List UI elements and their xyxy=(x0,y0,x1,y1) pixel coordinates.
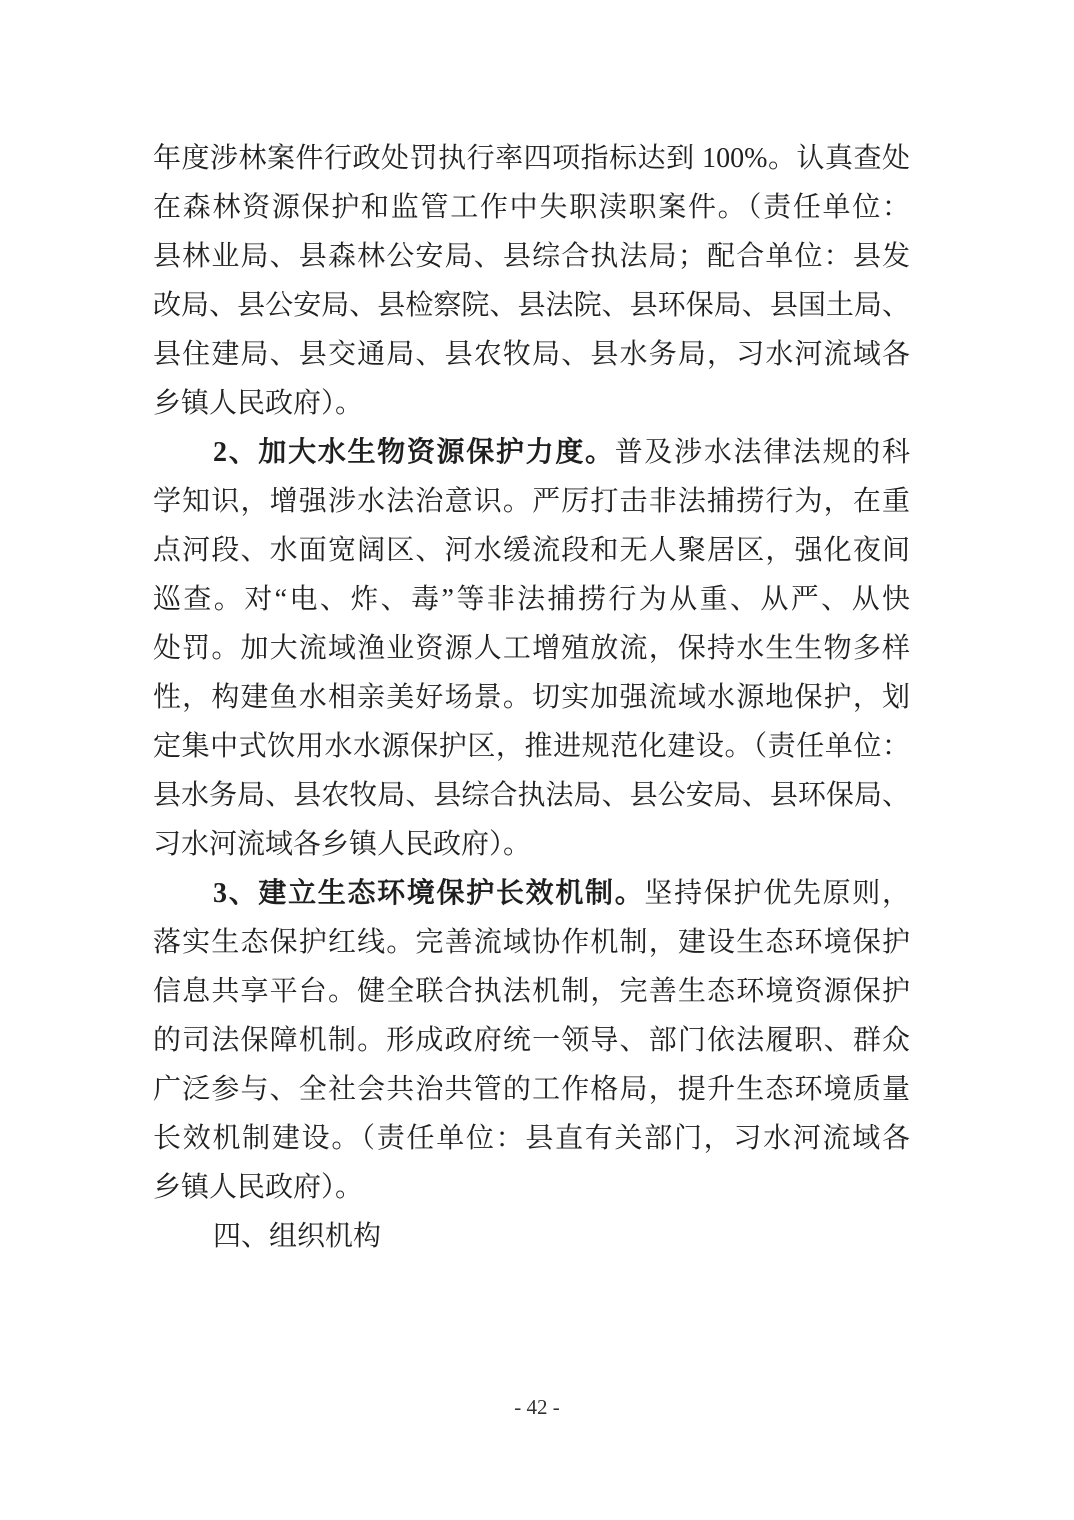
text-run: 信息共享平台。健全联合执法机制，完善生态环境资源保护 xyxy=(153,976,910,1007)
text-line: 县水务局、县农牧局、县综合执法局、县公安局、县环保局、 xyxy=(153,771,910,820)
text-line: 落实生态保护红线。完善流域协作机制，建设生态环境保护 xyxy=(153,918,910,967)
text-run: 长效机制建设。（责任单位：县直有关部门，习水河流域各 xyxy=(153,1123,910,1154)
text-run: 点河段、水面宽阔区、河水缓流段和无人聚居区，强化夜间 xyxy=(153,535,910,566)
text-run: 定集中式饮用水水源保护区，推进规范化建设。（责任单位： xyxy=(153,731,910,762)
page-number: - 42 - xyxy=(0,1392,1074,1422)
text-run: 巡查。对“电、炸、毒”等非法捕捞行为从重、从严、从快 xyxy=(153,584,910,615)
text-line: 3、建立生态环境保护长效机制。坚持保护优先原则， xyxy=(153,869,910,918)
text-line: 信息共享平台。健全联合执法机制，完善生态环境资源保护 xyxy=(153,967,910,1016)
text-run: 普及涉水法律法规的科 xyxy=(615,437,910,468)
text-line: 性，构建鱼水相亲美好场景。切实加强流域水源地保护，划 xyxy=(153,673,910,722)
text-line: 四、组织机构 xyxy=(153,1212,910,1261)
text-line: 巡查。对“电、炸、毒”等非法捕捞行为从重、从严、从快 xyxy=(153,575,910,624)
bold-text-run: 3、建立生态环境保护长效机制。 xyxy=(213,878,644,909)
text-run: 习水河流域各乡镇人民政府）。 xyxy=(153,829,531,860)
text-run: 在森林资源保护和监管工作中失职渎职案件。（责任单位： xyxy=(153,192,910,223)
text-line: 点河段、水面宽阔区、河水缓流段和无人聚居区，强化夜间 xyxy=(153,526,910,575)
text-run: 县住建局、县交通局、县农牧局、县水务局，习水河流域各 xyxy=(153,339,910,370)
text-run: 的司法保障机制。形成政府统一领导、部门依法履职、群众 xyxy=(153,1025,910,1056)
text-line: 学知识，增强涉水法治意识。严厉打击非法捕捞行为，在重 xyxy=(153,477,910,526)
text-line: 长效机制建设。（责任单位：县直有关部门，习水河流域各 xyxy=(153,1114,910,1163)
text-line: 2、加大水生物资源保护力度。普及涉水法律法规的科 xyxy=(153,428,910,477)
text-run: 学知识，增强涉水法治意识。严厉打击非法捕捞行为，在重 xyxy=(153,486,910,517)
text-line: 乡镇人民政府）。 xyxy=(153,1163,910,1212)
text-line: 乡镇人民政府）。 xyxy=(153,379,910,428)
text-line: 改局、县公安局、县检察院、县法院、县环保局、县国土局、 xyxy=(153,281,910,330)
text-run: 改局、县公安局、县检察院、县法院、县环保局、县国土局、 xyxy=(153,290,910,321)
text-run: 处罚。加大流域渔业资源人工增殖放流，保持水生生物多样 xyxy=(153,633,910,664)
text-run: 乡镇人民政府）。 xyxy=(153,1172,363,1203)
text-line: 县住建局、县交通局、县农牧局、县水务局，习水河流域各 xyxy=(153,330,910,379)
document-body: 年度涉林案件行政处罚执行率四项指标达到 100%。认真查处在森林资源保护和监管工… xyxy=(153,134,910,1261)
bold-text-run: 2、加大水生物资源保护力度。 xyxy=(213,437,615,468)
text-line: 年度涉林案件行政处罚执行率四项指标达到 100%。认真查处 xyxy=(153,134,910,183)
text-run: 性，构建鱼水相亲美好场景。切实加强流域水源地保护，划 xyxy=(153,682,910,713)
text-run: 四、组织机构 xyxy=(213,1221,381,1252)
text-run: 广泛参与、全社会共治共管的工作格局，提升生态环境质量 xyxy=(153,1074,910,1105)
text-line: 在森林资源保护和监管工作中失职渎职案件。（责任单位： xyxy=(153,183,910,232)
text-line: 的司法保障机制。形成政府统一领导、部门依法履职、群众 xyxy=(153,1016,910,1065)
text-line: 广泛参与、全社会共治共管的工作格局，提升生态环境质量 xyxy=(153,1065,910,1114)
text-run: 坚持保护优先原则， xyxy=(644,878,910,909)
text-run: 年度涉林案件行政处罚执行率四项指标达到 100%。认真查处 xyxy=(153,143,910,174)
document-page: 年度涉林案件行政处罚执行率四项指标达到 100%。认真查处在森林资源保护和监管工… xyxy=(0,0,1074,1520)
text-line: 习水河流域各乡镇人民政府）。 xyxy=(153,820,910,869)
text-line: 县林业局、县森林公安局、县综合执法局；配合单位：县发 xyxy=(153,232,910,281)
text-run: 落实生态保护红线。完善流域协作机制，建设生态环境保护 xyxy=(153,927,910,958)
text-run: 乡镇人民政府）。 xyxy=(153,388,363,419)
text-line: 处罚。加大流域渔业资源人工增殖放流，保持水生生物多样 xyxy=(153,624,910,673)
text-line: 定集中式饮用水水源保护区，推进规范化建设。（责任单位： xyxy=(153,722,910,771)
text-run: 县水务局、县农牧局、县综合执法局、县公安局、县环保局、 xyxy=(153,780,910,811)
text-run: 县林业局、县森林公安局、县综合执法局；配合单位：县发 xyxy=(153,241,910,272)
